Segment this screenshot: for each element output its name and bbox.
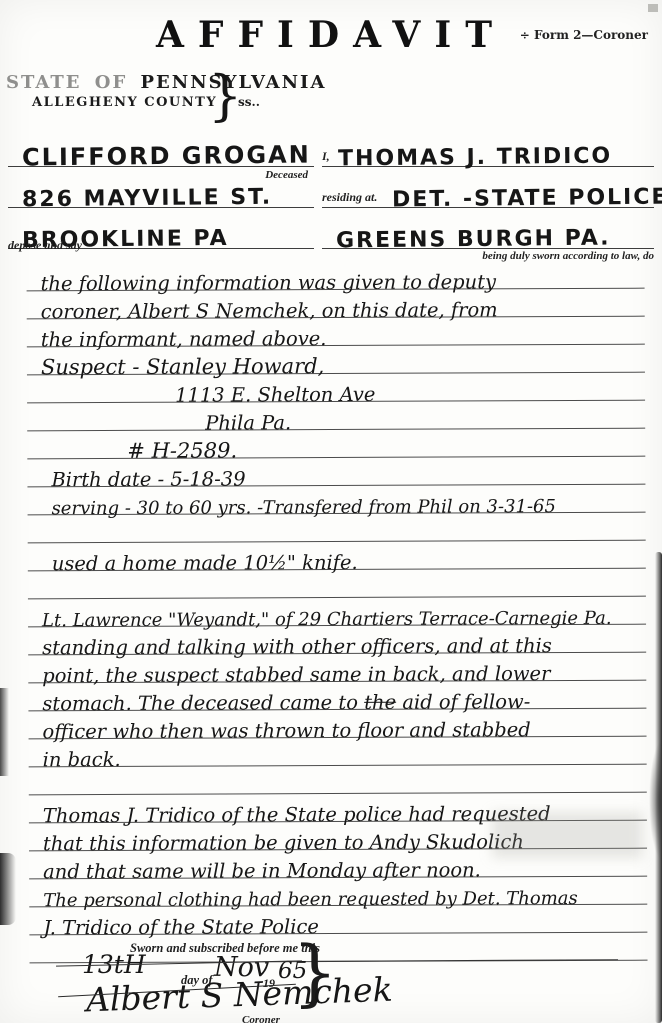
body-line: coroner, Albert S Nemchek, on this date,… (27, 289, 645, 320)
body-line: that this information be given to Andy S… (29, 821, 647, 852)
deceased-name-row: CLIFFORD GROGAN Deceased (8, 126, 314, 167)
county-line: ALLEGHENY COUNTY (32, 95, 306, 110)
body-line-with-strikeout: stomach. The deceased came to the aid of… (28, 681, 646, 712)
body-line-suspect-number: # H-2589. (27, 429, 645, 460)
residing-at-label: residing at. (322, 190, 377, 205)
deceased-address-row: 826 MAYVILLE ST. (8, 167, 314, 208)
scan-artifact-right-streak (655, 552, 662, 1023)
scan-artifact-right-blob (649, 740, 662, 860)
form-number-label: ÷ Form 2—Coroner (520, 28, 648, 42)
state-line-faded: STATE OF (6, 72, 127, 93)
body-line-knife: used a home made 10½" knife. (28, 541, 646, 572)
scan-artifact-left-bar (0, 688, 9, 776)
body-line: standing and talking with other officers… (28, 625, 646, 656)
body-line-suspect: Suspect - Stanley Howard, (27, 345, 645, 376)
body-line-birthdate: Birth date - 5-18-39 (27, 457, 645, 488)
informant-residence-row: residing at. DET. -STATE POLICE (322, 167, 654, 208)
state-line: STATE OF PENNSYLVANIA (6, 72, 306, 93)
body-line: The personal clothing had been requested… (29, 877, 647, 908)
body-line: the informant, named above. (27, 317, 645, 348)
depose-label: depose and say (8, 238, 82, 253)
body-line-blank (28, 513, 646, 544)
body-line-serving: serving - 30 to 60 yrs. -Transfered from… (27, 485, 645, 516)
body-line: and that same will be in Monday after no… (29, 849, 647, 880)
ss-label: ss.. (238, 95, 260, 109)
informant-name-row: I, THOMAS J. TRIDICO (322, 126, 654, 167)
venue-block: STATE OF PENNSYLVANIA ALLEGHENY COUNTY (6, 72, 306, 110)
body-line: in back. (29, 737, 647, 768)
body-line: Thomas J. Tridico of the State police ha… (29, 793, 647, 824)
body-line-blank (28, 569, 646, 600)
body-line: the following information was given to d… (26, 261, 644, 292)
body-line: point, the suspect stabbed same in back,… (28, 653, 646, 684)
body-line-suspect-city: Phila Pa. (27, 401, 645, 432)
body-line: officer who then was thrown to floor and… (28, 709, 646, 740)
deceased-column: CLIFFORD GROGAN Deceased 826 MAYVILLE ST… (8, 126, 314, 249)
body-line-blank (29, 765, 647, 796)
body-line: Lt. Lawrence "Weyandt," of 29 Chartiers … (28, 597, 646, 628)
scan-artifact-top-mark (648, 4, 658, 12)
affidavit-document: AFFIDAVIT ÷ Form 2—Coroner STATE OF PENN… (0, 0, 662, 1023)
i-label: I, (322, 149, 330, 164)
body-line: J. Tridico of the State Police (29, 905, 647, 936)
body-line-suspect-street: 1113 E. Shelton Ave (27, 373, 645, 404)
coroner-title-label: Coroner (242, 1014, 280, 1023)
statement-body: the following information was given to d… (26, 261, 647, 964)
scan-artifact-left-blob (0, 853, 16, 925)
informant-column: I, THOMAS J. TRIDICO residing at. DET. -… (322, 126, 654, 249)
informant-city-row: GREENS BURGH PA. being duly sworn accord… (322, 208, 654, 249)
